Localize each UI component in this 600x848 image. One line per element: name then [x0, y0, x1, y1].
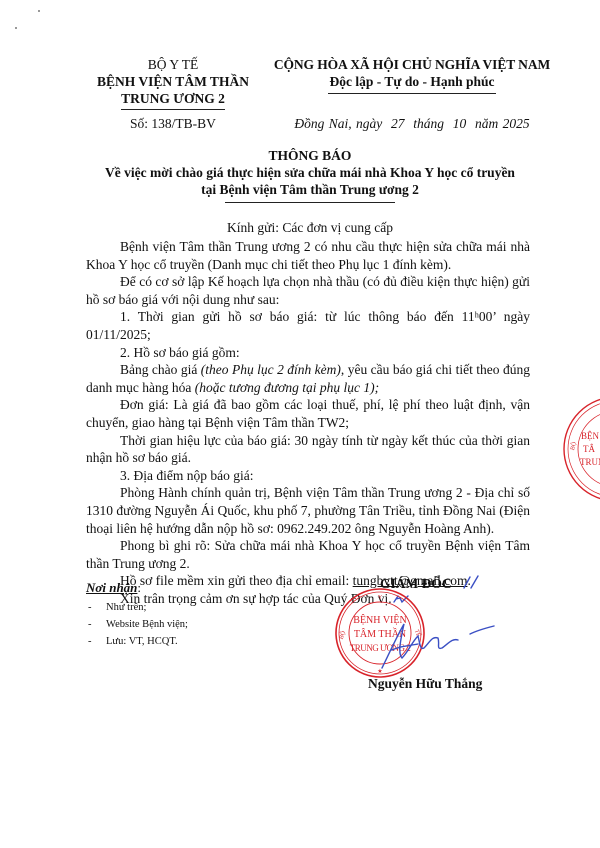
- recipient-item: Lưu: VT, HCQT.: [86, 633, 286, 650]
- signature-icon: [378, 612, 498, 672]
- ministry-name: BỘ Y TẾ: [88, 56, 258, 73]
- recipient-item: Website Bệnh viện;: [86, 616, 286, 633]
- recipients-list: Như trên; Website Bệnh viện; Lưu: VT, HC…: [86, 599, 286, 650]
- document-type: THÔNG BÁO: [60, 147, 560, 164]
- stamp-line: BỆN: [581, 431, 600, 441]
- seal-across-pages: BỘ BỆN TÂ TRUN: [556, 394, 600, 504]
- text: Bảng chào giá: [120, 362, 201, 377]
- recipients-block: Nơi nhận: Như trên; Website Bệnh viện; L…: [86, 580, 286, 650]
- intro-paragraph: Bệnh viện Tâm thần Trung ương 2 có nhu c…: [86, 238, 530, 273]
- signatory-name: Nguyễn Hữu Thắng: [368, 676, 482, 692]
- divider: [328, 93, 496, 94]
- divider: [225, 202, 395, 203]
- recipient-item: Như trên;: [86, 599, 286, 616]
- scan-speck: [15, 27, 17, 29]
- text: :: [137, 580, 141, 595]
- signatory-title: GIÁM ĐỐC: [380, 576, 452, 592]
- item-2-unit-price: Đơn giá: Là giá đã bao gồm các loại thuế…: [86, 396, 530, 431]
- item-2-validity: Thời gian hiệu lực của báo giá: 30 ngày …: [86, 432, 530, 467]
- document-number: Số: 138/TB-BV: [88, 116, 258, 132]
- stamp-ring-text: BỘ: [337, 629, 348, 640]
- item-3-heading: 3. Địa điểm nộp báo giá:: [86, 467, 530, 485]
- national-motto: Độc lập - Tự do - Hạnh phúc: [262, 73, 562, 90]
- stamp-ring-text: BỘ: [568, 440, 578, 451]
- hospital-name-line2: TRUNG ƯƠNG 2: [88, 90, 258, 107]
- salutation: Kính gửi: Các đơn vị cung cấp: [60, 220, 560, 236]
- item-2-heading: 2. Hồ sơ báo giá gồm:: [86, 344, 530, 362]
- stamp-ring-text: Y: [378, 595, 383, 601]
- hospital-name-line1: BỆNH VIỆN TÂM THẦN: [88, 73, 258, 90]
- subject-line-2: tại Bệnh viện Tâm thần Trung ương 2: [60, 181, 560, 198]
- document-title: THÔNG BÁO Về việc mời chào giá thực hiện…: [60, 147, 560, 203]
- text-italic: (theo Phụ lục 2 đính kèm): [201, 362, 341, 377]
- national-header: CỘNG HÒA XÃ HỘI CHỦ NGHĨA VIỆT NAM Độc l…: [262, 56, 562, 94]
- initial-mark-icon: [462, 574, 482, 590]
- item-2-quotation-form: Bảng chào giá (theo Phụ lục 2 đính kèm),…: [86, 361, 530, 396]
- divider: [121, 109, 225, 110]
- document-body: Bệnh viện Tâm thần Trung ương 2 có nhu c…: [86, 238, 530, 607]
- stamp-line: TRUN: [580, 457, 600, 467]
- item-3-address: Phòng Hành chính quản trị, Bệnh viện Tâm…: [86, 484, 530, 537]
- scan-speck: [38, 10, 40, 12]
- place-and-date: Đồng Nai, ngày 27 tháng 10 năm 2025: [262, 116, 562, 132]
- purpose-paragraph: Để có cơ sở lập Kế hoạch lựa chọn nhà th…: [86, 273, 530, 308]
- text: Nơi nhận: [86, 580, 137, 595]
- country-name: CỘNG HÒA XÃ HỘI CHỦ NGHĨA VIỆT NAM: [262, 56, 562, 73]
- text-italic: (hoặc tương đương tại phụ lục 1);: [195, 380, 379, 395]
- recipients-heading: Nơi nhận:: [86, 580, 286, 596]
- subject-line-1: Về việc mời chào giá thực hiện sửa chữa …: [60, 164, 560, 181]
- envelope-note: Phong bì ghi rõ: Sửa chữa mái nhà Khoa Y…: [86, 537, 530, 572]
- item-1-deadline: 1. Thời gian gửi hồ sơ báo giá: từ lúc t…: [86, 308, 530, 343]
- stamp-line: TÂ: [583, 444, 595, 454]
- issuing-organization: BỘ Y TẾ BỆNH VIỆN TÂM THẦN TRUNG ƯƠNG 2: [88, 56, 258, 110]
